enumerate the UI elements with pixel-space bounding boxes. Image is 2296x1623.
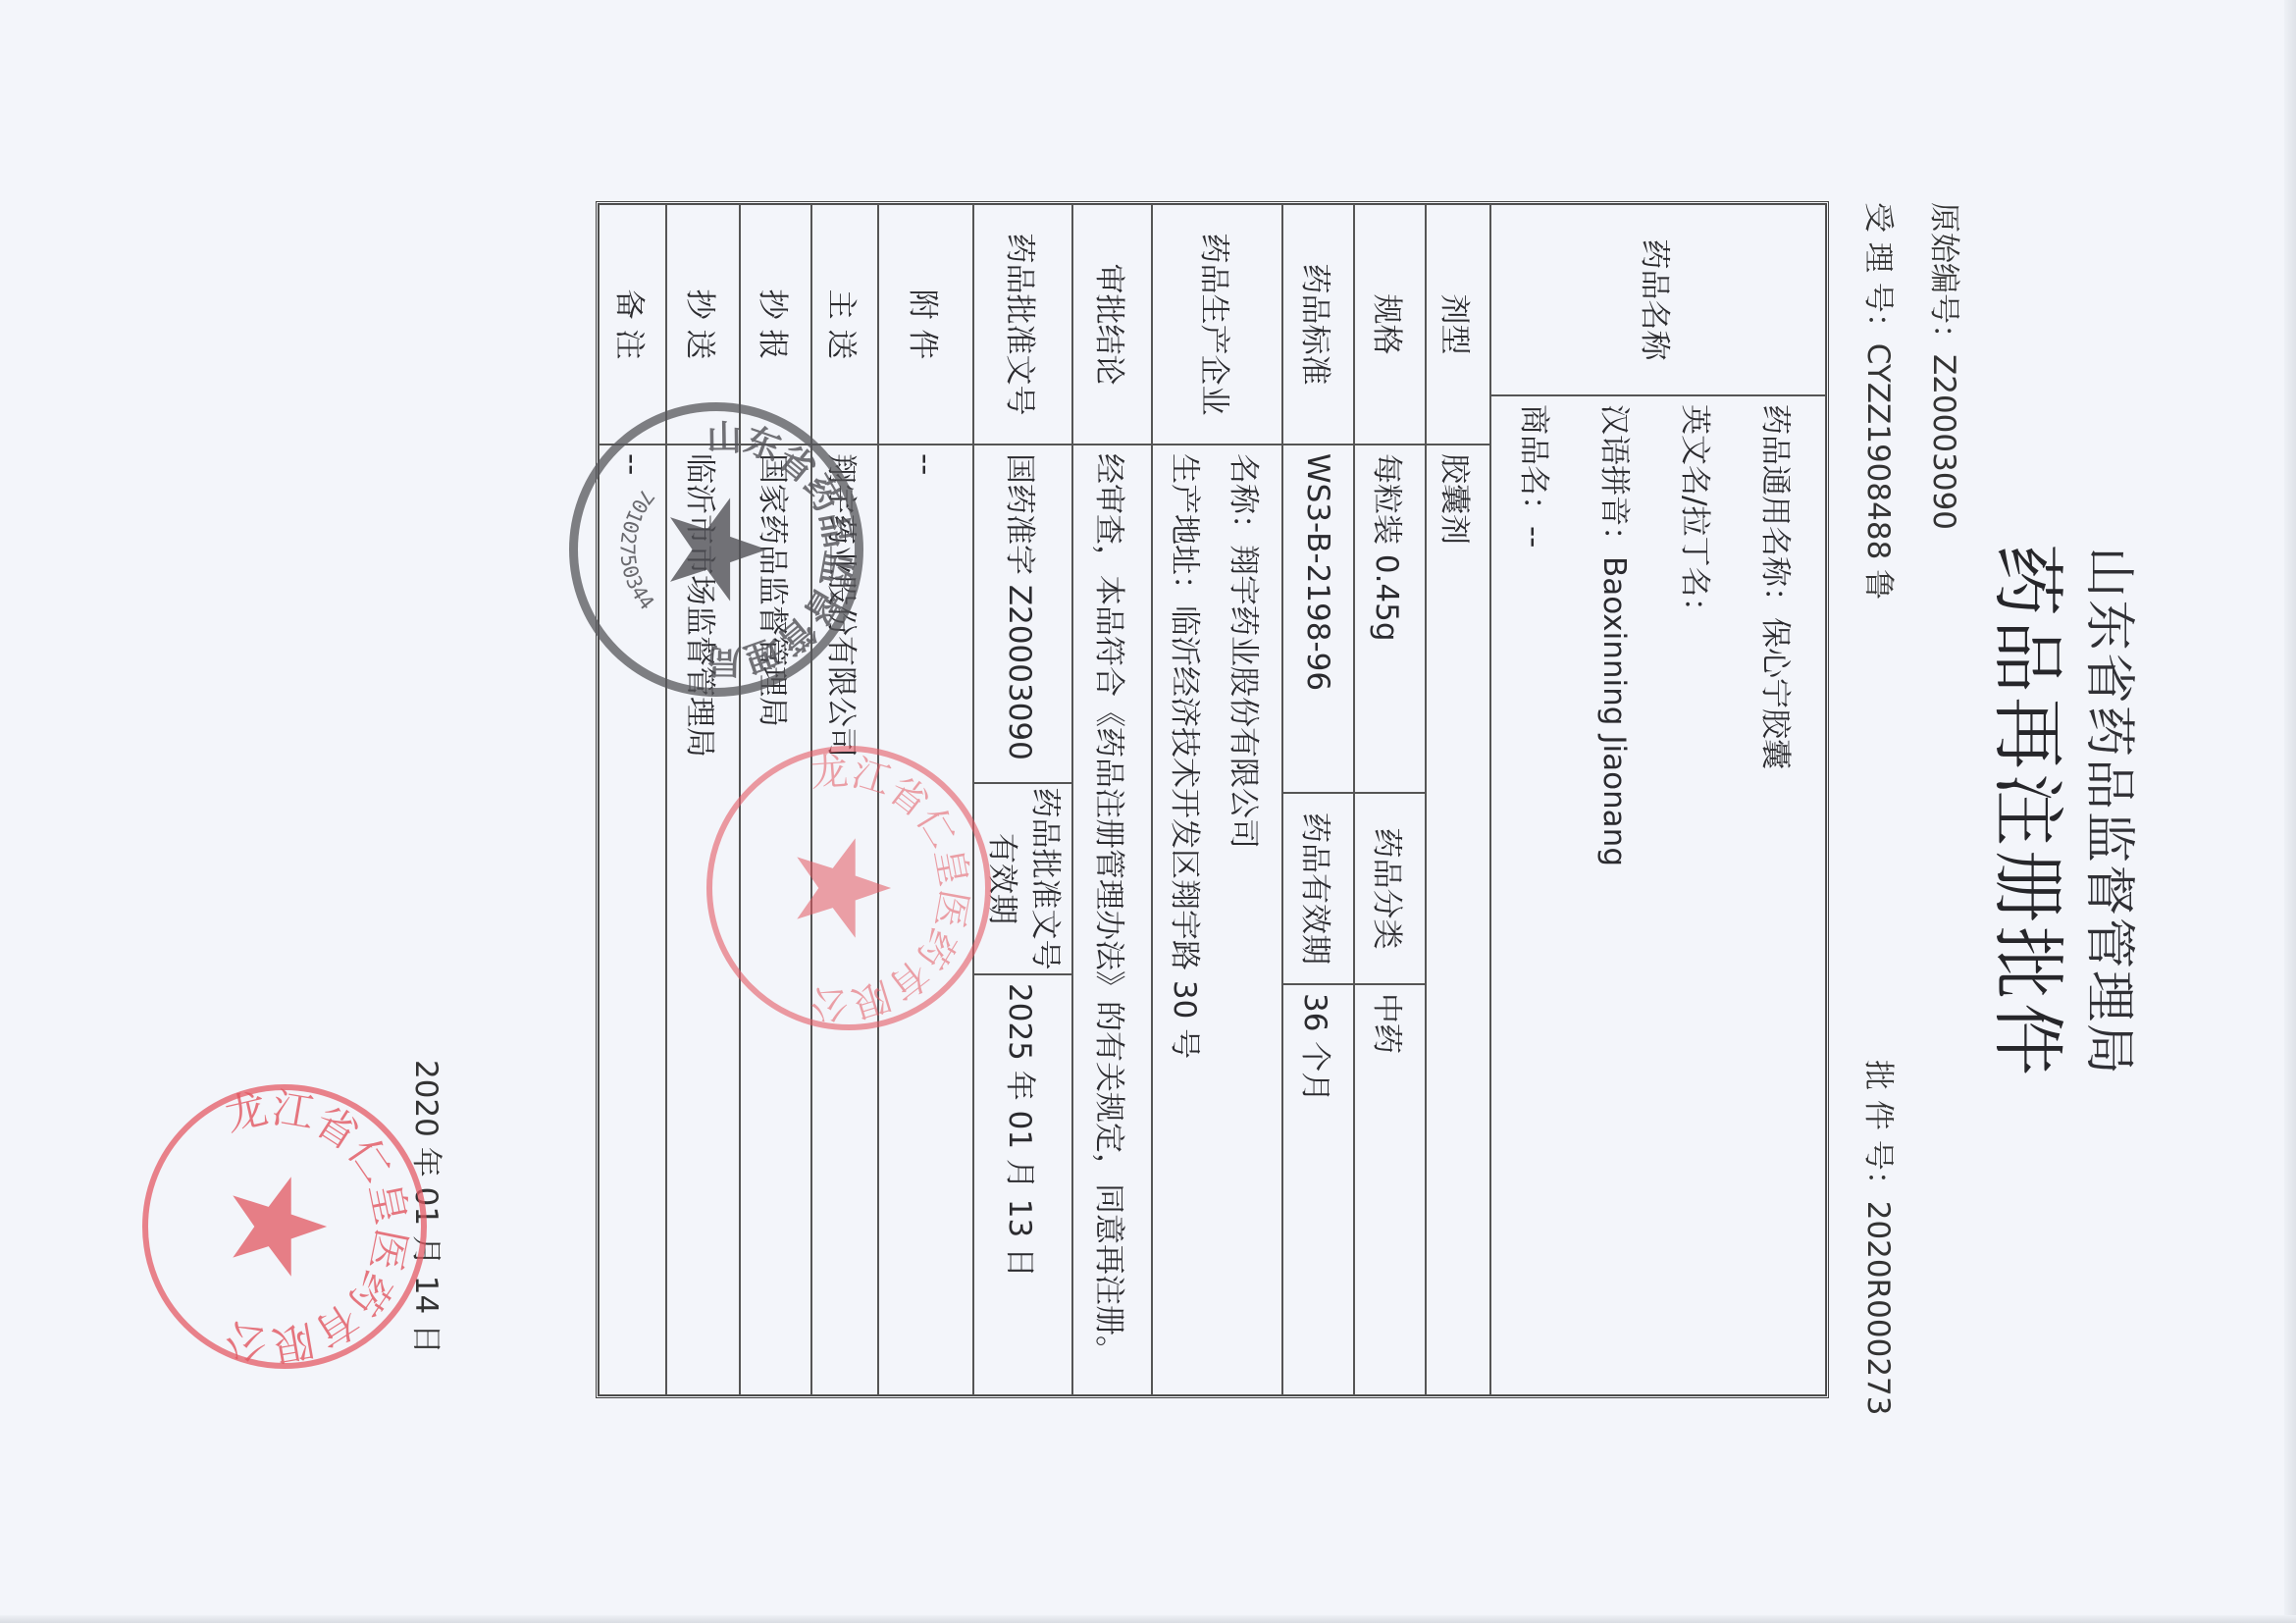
approval-number-value: 国药准字 Z20003090: [973, 445, 1072, 783]
specification-label: 规格: [1354, 204, 1426, 445]
conclusion-value: 经审查，本品符合《药品注册管理办法》的有关规定，同意再注册。: [1072, 445, 1152, 1395]
manufacturer-address: 生产地址：临沂经济技术开发区翔宇路 30 号: [1166, 453, 1210, 1387]
generic-name: 药品通用名称：保心宁胶囊: [1757, 404, 1801, 1387]
approval-number-label: 批 件 号：: [1860, 1060, 1896, 1201]
issuer-heading: 山东省药品监督管理局: [2077, 0, 2151, 1623]
standard-label: 药品标准: [1282, 204, 1354, 445]
acceptance-number-value: CYZZ1908488 鲁: [1860, 343, 1896, 600]
standard-value: WS3-B-2198-96: [1282, 445, 1354, 793]
specification-value: 每粒装 0.45g: [1354, 445, 1426, 793]
shelf-life-value: 36 个月: [1282, 984, 1354, 1395]
conclusion-label: 审批结论: [1072, 204, 1152, 445]
company-seal-bottom-graphic: 黑龙江省仁皇医药有限公司: [148, 1090, 421, 1363]
attachment-label: 附 件: [878, 204, 973, 445]
registration-approval-document: 山东省药品监督管理局 药品再注册批件 原始编号：Z20003090 受 理 号：…: [0, 0, 2296, 1623]
company-seal-middle: 黑龙江省仁皇医药有限公司: [706, 746, 991, 1030]
approval-number-value: 2020R000273: [1860, 1201, 1896, 1416]
company-seal-middle-graphic: 黑龙江省仁皇医药有限公司: [712, 752, 985, 1024]
manufacturer-name: 名称：翔宇药业股份有限公司: [1225, 453, 1269, 1387]
remarks-label: 备 注: [599, 204, 666, 445]
dosage-form-label: 剂型: [1426, 204, 1490, 445]
approval-number-label: 药品批准文号: [973, 204, 1072, 445]
shelf-life-label: 药品有效期: [1282, 793, 1354, 984]
company-seal-bottom: 黑龙江省仁皇医药有限公司: [142, 1084, 427, 1369]
star-icon: [797, 838, 891, 938]
approval-number: 批 件 号：2020R000273: [1859, 1060, 1904, 1416]
approval-validity-label-line1: 药品批准文号: [1023, 788, 1066, 970]
category-label: 药品分类: [1354, 793, 1426, 984]
document-title: 药品再注册批件: [1981, 0, 2085, 1623]
issuer-seal: 山东省药品监督管理局 3701027503440: [569, 402, 863, 697]
drug-name-label: 药品名称: [1490, 204, 1826, 395]
category-value: 中药: [1354, 984, 1426, 1395]
approval-validity-value: 2025 年 01 月 13 日: [973, 974, 1072, 1395]
star-icon: [233, 1177, 327, 1277]
star-icon: [670, 497, 767, 601]
trade-name: 商品名：--: [1516, 404, 1560, 1387]
issuer-seal-graphic: 山东省药品监督管理局 3701027503440: [578, 411, 855, 688]
manufacturer-label: 药品生产企业: [1152, 204, 1282, 445]
acceptance-number: 受 理 号：CYZZ1908488 鲁: [1859, 202, 1904, 600]
original-number: 原始编号：Z20003090: [1925, 202, 1969, 530]
acceptance-number-label: 受 理 号：: [1860, 202, 1896, 343]
original-number-label: 原始编号：: [1926, 202, 1961, 354]
original-number-value: Z20003090: [1926, 354, 1961, 530]
manufacturer-values: 名称：翔宇药业股份有限公司 生产地址：临沂经济技术开发区翔宇路 30 号: [1152, 445, 1282, 1395]
main-recipient-label: 主 送: [811, 204, 878, 445]
drug-name-values: 药品通用名称：保心宁胶囊 英文名/拉丁名： 汉语拼音：Baoxinning Ji…: [1490, 395, 1826, 1395]
pinyin-name: 汉语拼音：Baoxinning Jiaonang: [1596, 404, 1641, 1387]
dosage-form-value: 胶囊剂: [1426, 445, 1490, 1395]
english-name: 英文名/拉丁名：: [1677, 404, 1721, 1387]
